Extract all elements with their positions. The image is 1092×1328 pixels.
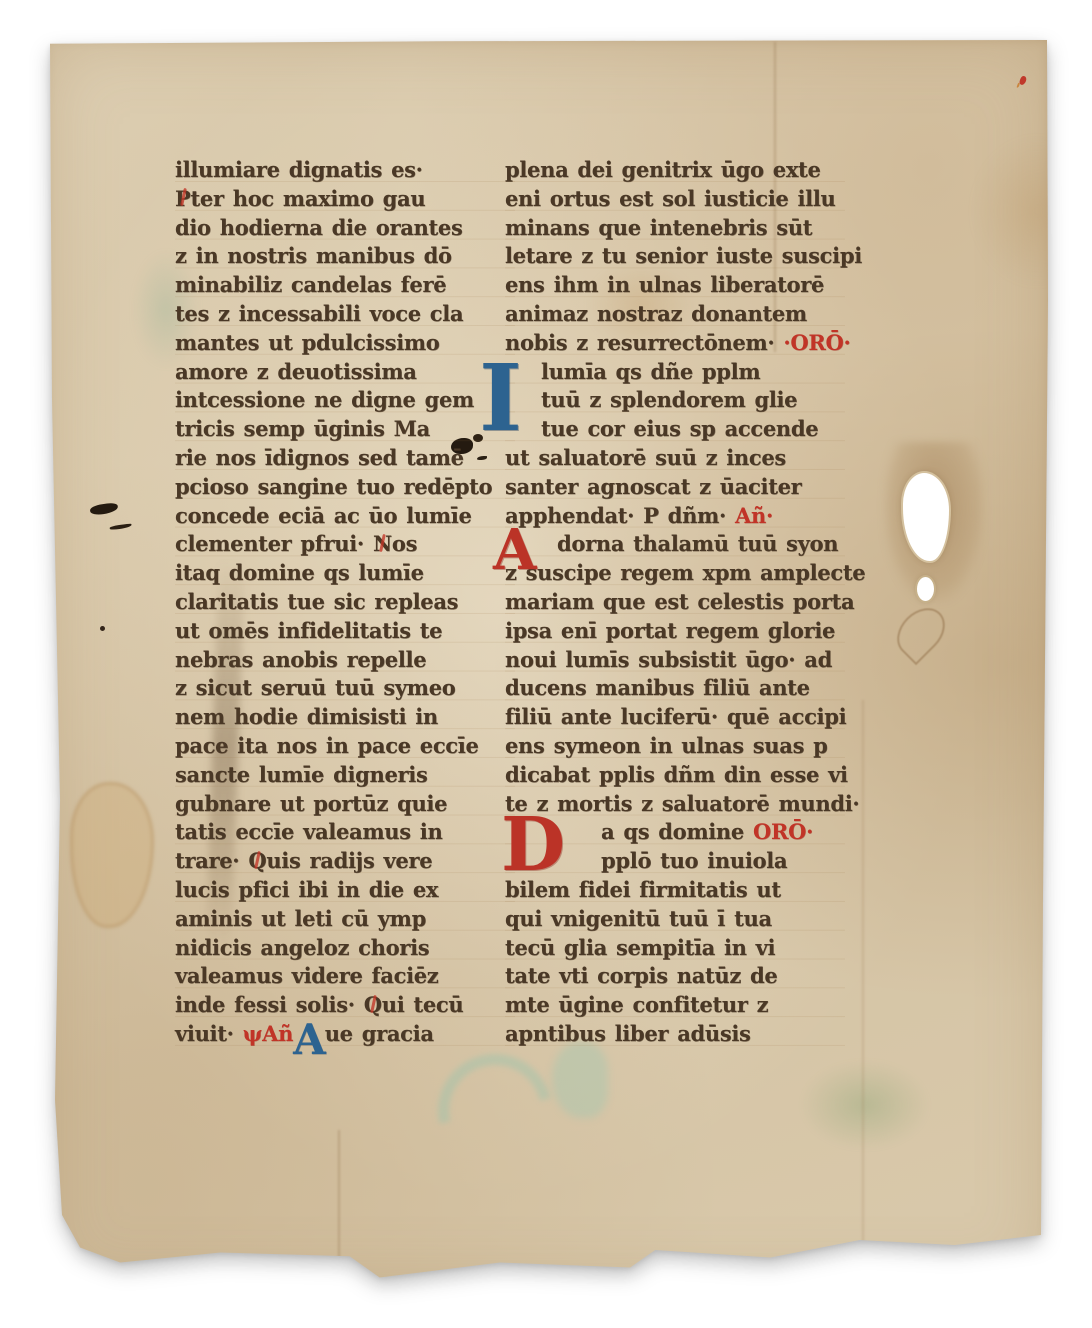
text-segment: trare· [175, 848, 248, 873]
text-line: eni ortus est sol iusticie illu [505, 185, 845, 214]
text-line: gubnare ut portūz quie [175, 790, 515, 819]
text-segment-red: ψAñ [243, 1021, 293, 1046]
text-segment: pace ita nos in pace eccīe [175, 733, 479, 758]
stain-top-right [972, 136, 1092, 286]
text-segment: clementer pfrui· [175, 531, 373, 556]
text-segment: nebras anobis repelle [175, 647, 426, 672]
text-segment: mariam que est celestis porta [505, 589, 854, 614]
text-segment: os [392, 531, 417, 556]
text-line: ens ihm in ulnas liberatorē [505, 271, 845, 300]
text-segment: gubnare ut portūz quie [175, 791, 447, 816]
text-segment: qui vnigenitū tuū ī tua [505, 906, 772, 931]
text-segment: z in nostris manibus dō [175, 243, 452, 268]
stain-tan-bottom-left [70, 782, 154, 928]
text-line: tecū glia sempitīa in vi [505, 934, 845, 963]
text-segment: uis radijs vere [266, 848, 432, 873]
text-line: minabiliz candelas ferē [175, 271, 515, 300]
text-segment-touched: Q [248, 848, 266, 873]
scar-mark [888, 599, 954, 665]
text-segment: claritatis tue sic repleas [175, 589, 458, 614]
text-segment: eni ortus est sol iusticie illu [505, 186, 836, 211]
red-mark-top-right [1019, 75, 1027, 85]
manuscript-leaf: illumiare dignatis es·Pter hoc maximo ga… [46, 40, 1048, 1290]
ink-spot-cluster [89, 502, 118, 516]
text-line: aminis ut leti cū ymp [175, 905, 515, 934]
text-line: apphendat· P dñm· Añ· [505, 502, 845, 531]
text-line: minans que intenebris sūt [505, 214, 845, 243]
text-line: dio hodierna die orantes [175, 214, 515, 243]
text-line: lucis pfici ibi in die ex [175, 876, 515, 905]
text-segment: ut omēs infidelitatis te [175, 618, 442, 643]
text-segment: minabiliz candelas ferē [175, 272, 446, 297]
text-line: nem hodie dimisisti in [175, 703, 515, 732]
text-segment: itaq domine qs lumīe [175, 560, 424, 585]
text-segment: aminis ut leti cū ymp [175, 906, 426, 931]
text-segment: amore z deuotissima [175, 359, 417, 384]
text-segment-red: ORŌ· [753, 819, 813, 844]
text-line: tatis eccīe valeamus in [175, 818, 515, 847]
text-line: dorna thalamū tuū syon [505, 530, 845, 559]
text-line: ut omēs infidelitatis te [175, 617, 515, 646]
text-segment: ter hoc maximo gau [191, 186, 426, 211]
worm-hole-large [903, 473, 949, 561]
text-segment: mantes ut pdulcissimo [175, 330, 440, 355]
text-line: nebras anobis repelle [175, 646, 515, 675]
text-line: filiū ante luciferū· quē accipi [505, 703, 845, 732]
text-segment: viuit· [175, 1021, 243, 1046]
text-segment: a qs domine [601, 819, 753, 844]
text-line: dicabat pplis dñm din esse vi [505, 761, 845, 790]
text-line: lumīa qs dñe pplm [505, 358, 845, 387]
text-line: itaq domine qs lumīe [175, 559, 515, 588]
text-line: noui lumīs subsistit ūgo· ad [505, 646, 845, 675]
text-segment: ue gracia [325, 1021, 434, 1046]
text-segment: dorna thalamū tuū syon [557, 531, 838, 556]
text-line: plena dei genitrix ūgo exte [505, 156, 845, 185]
text-segment-touched: Q [364, 992, 382, 1017]
text-line: mariam que est celestis porta [505, 588, 845, 617]
parchment: illumiare dignatis es·Pter hoc maximo ga… [46, 40, 1048, 1290]
text-line: illumiare dignatis es· [175, 156, 515, 185]
ink-spot-dot [100, 626, 105, 631]
text-line: pace ita nos in pace eccīe [175, 732, 515, 761]
text-segment: tate vti corpis natūz de [505, 963, 777, 988]
text-segment: tuū z splendorem glie [541, 387, 797, 412]
text-segment: illumiare dignatis es· [175, 157, 423, 182]
text-segment: ducens manibus filiū ante [505, 675, 810, 700]
text-segment: ut saluatorē suū z inces [505, 445, 786, 470]
offset-decoration-ghost [434, 1042, 684, 1172]
text-line: amore z deuotissima [175, 358, 515, 387]
text-segment: lucis pfici ibi in die ex [175, 877, 438, 902]
text-segment: z sicut seruū tuū symeo [175, 675, 455, 700]
text-segment: apphendat· P dñm· [505, 503, 735, 528]
text-line: animaz nostraz donantem [505, 300, 845, 329]
text-line: letare z tu senior iuste suscipi [505, 242, 845, 271]
text-segment: nem hodie dimisisti in [175, 704, 438, 729]
text-segment: tes z incessabili voce cla [175, 301, 463, 326]
text-segment: tricis semp ūginis Ma [175, 416, 430, 441]
text-line: ut saluatorē suū z inces [505, 444, 845, 473]
text-segment-blue_init: A [293, 1015, 325, 1064]
text-segment-red: ·ORŌ· [783, 330, 850, 355]
text-segment: filiū ante luciferū· quē accipi [505, 704, 846, 729]
text-segment: lumīa qs dñe pplm [541, 359, 760, 384]
text-line: claritatis tue sic repleas [175, 588, 515, 617]
text-segment: plena dei genitrix ūgo exte [505, 157, 821, 182]
text-segment: ui tecū [382, 992, 464, 1017]
text-line: clementer pfrui· Nos [175, 530, 515, 559]
text-segment: dio hodierna die orantes [175, 215, 463, 240]
text-line: tuū z splendorem glie [505, 386, 845, 415]
text-line: nobis z resurrectōnem· ·ORŌ· [505, 329, 845, 358]
text-line: trare· Quis radijs vere [175, 847, 515, 876]
text-line: concede eciā ac ūo lumīe [175, 502, 515, 531]
text-segment: tecū glia sempitīa in vi [505, 935, 775, 960]
text-segment: minans que intenebris sūt [505, 215, 812, 240]
text-segment: pcioso sangine tuo redēpto [175, 474, 492, 499]
text-line: pcioso sangine tuo redēpto [175, 473, 515, 502]
stain-green-bottom-right [800, 1060, 930, 1150]
initial-A-red: A [493, 525, 536, 577]
text-line: tricis semp ūginis Ma [175, 415, 515, 444]
crease-line-bottom-left [338, 1130, 340, 1285]
photo-background: illumiare dignatis es·Pter hoc maximo ga… [0, 0, 1092, 1328]
text-line: ducens manibus filiū ante [505, 674, 845, 703]
hole-halo [884, 442, 984, 602]
text-line: Pter hoc maximo gau [175, 185, 515, 214]
text-segment: santer agnoscat z ūaciter [505, 474, 801, 499]
text-segment: inde fessi solis· [175, 992, 364, 1017]
text-line: ens symeon in ulnas suas p [505, 732, 845, 761]
text-line: qui vnigenitū tuū ī tua [505, 905, 845, 934]
text-line: tue cor eius sp accende [505, 415, 845, 444]
text-segment: tue cor eius sp accende [541, 416, 818, 441]
text-line: z sicut seruū tuū symeo [175, 674, 515, 703]
text-segment: nidicis angeloz choris [175, 935, 429, 960]
text-line: tes z incessabili voce cla [175, 300, 515, 329]
text-line: ipsa enī portat regem glorie [505, 617, 845, 646]
crease-line-right [862, 700, 864, 1260]
text-segment: animaz nostraz donantem [505, 301, 807, 326]
text-segment: intcessione ne digne gem [175, 387, 474, 412]
text-segment: nobis z resurrectōnem· [505, 330, 783, 355]
text-segment: ipsa enī portat regem glorie [505, 618, 835, 643]
text-segment: apntibus liber adūsis [505, 1021, 751, 1046]
text-segment: rie nos īdignos sed tamē [175, 445, 464, 470]
text-segment: ens ihm in ulnas liberatorē [505, 272, 824, 297]
text-line: nidicis angeloz choris [175, 934, 515, 963]
text-column-right: plena dei genitrix ūgo exteeni ortus est… [505, 156, 845, 1049]
text-segment-touched: P [175, 186, 191, 211]
text-line: apntibus liber adūsis [505, 1020, 845, 1049]
initial-I-blue: I [479, 356, 522, 441]
text-line: mantes ut pdulcissimo [175, 329, 515, 358]
text-segment: valeamus videre faciēz [175, 963, 438, 988]
text-segment: tatis eccīe valeamus in [175, 819, 442, 844]
worm-hole-small [917, 577, 934, 601]
text-segment-red: Añ· [735, 503, 773, 528]
text-segment: sancte lumīe digneris [175, 762, 428, 787]
text-segment: dicabat pplis dñm din esse vi [505, 762, 848, 787]
text-line: z in nostris manibus dō [175, 242, 515, 271]
text-segment: ens symeon in ulnas suas p [505, 733, 827, 758]
text-segment: z suscipe regem xpm amplecte [505, 560, 865, 585]
text-segment: mte ūgine confitetur z [505, 992, 768, 1017]
text-segment-touched: N [373, 531, 392, 556]
text-line: inde fessi solis· Qui tecū [175, 991, 515, 1020]
text-segment: letare z tu senior iuste suscipi [505, 243, 862, 268]
text-line: tate vti corpis natūz de [505, 962, 845, 991]
text-line: viuit· ψAñAue gracia [175, 1020, 515, 1049]
text-segment: concede eciā ac ūo lumīe [175, 503, 472, 528]
text-segment: pplō tuo inuiola [601, 848, 787, 873]
text-line: santer agnoscat z ūaciter [505, 473, 845, 502]
text-line: mte ūgine confitetur z [505, 991, 845, 1020]
text-line: z suscipe regem xpm amplecte [505, 559, 845, 588]
text-segment: noui lumīs subsistit ūgo· ad [505, 647, 832, 672]
text-line: intcessione ne digne gem [175, 386, 515, 415]
text-column-left: illumiare dignatis es·Pter hoc maximo ga… [175, 156, 515, 1049]
text-line: rie nos īdignos sed tamē [175, 444, 515, 473]
text-line: sancte lumīe digneris [175, 761, 515, 790]
text-line: valeamus videre faciēz [175, 962, 515, 991]
initial-D-red: D [501, 811, 565, 879]
